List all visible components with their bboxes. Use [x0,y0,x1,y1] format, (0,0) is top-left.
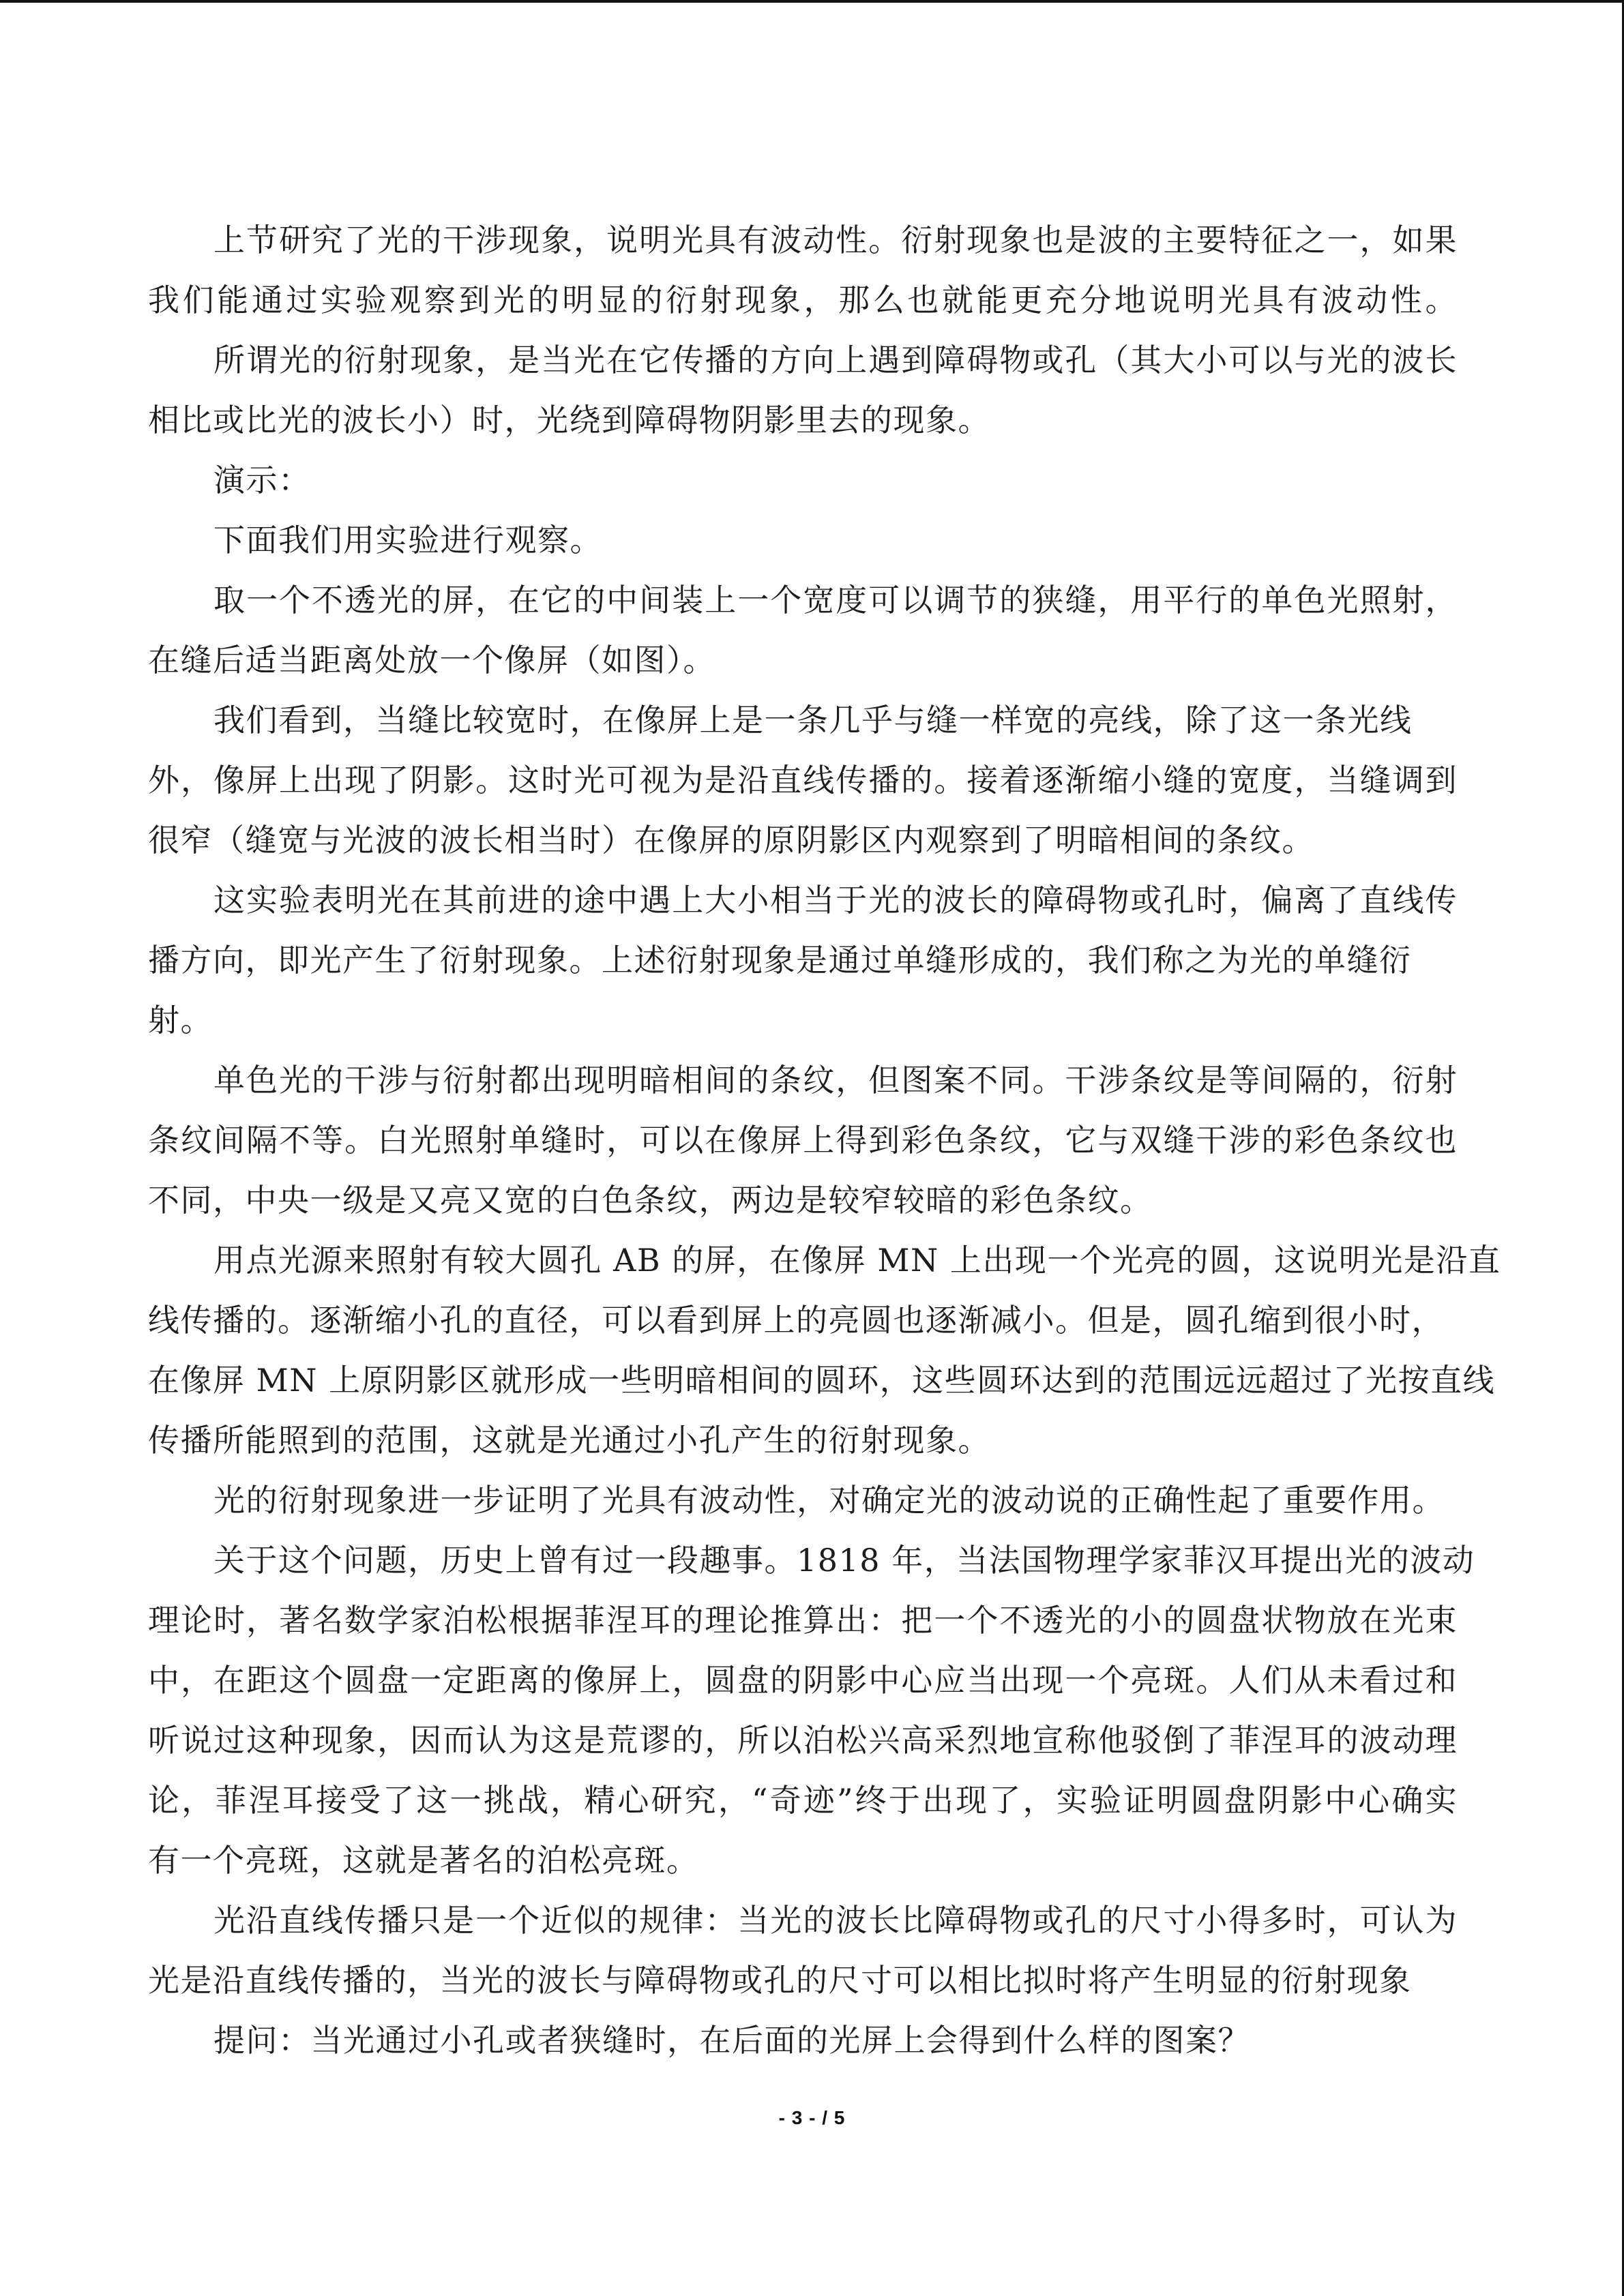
document-body: 上节研究了光的干涉现象，说明光具有波动性。衍射现象也是波的主要特征之一，如果 我… [148,210,1458,2070]
question-line: 提问：当光通过小孔或者狭缝时，在后面的光屏上会得到什么样的图案？ [148,2010,1458,2070]
text-line: 我们看到，当缝比较宽时，在像屏上是一条几乎与缝一样宽的亮线，除了这一条光线 [148,690,1458,750]
text-line: 关于这个问题，历史上曾有过一段趣事。1818 年，当法国物理学家菲汉耳提出光的波… [148,1530,1458,1590]
text-line: 用点光源来照射有较大圆孔 AB 的屏，在像屏 MN 上出现一个光亮的圆，这说明光… [148,1230,1458,1290]
text-line: 外，像屏上出现了阴影。这时光可视为是沿直线传播的。接着逐渐缩小缝的宽度，当缝调到 [148,750,1458,810]
text-line: 射。 [148,990,1458,1050]
text-line: 取一个不透光的屏，在它的中间装上一个宽度可以调节的狭缝，用平行的单色光照射， [148,570,1458,630]
text-line: 单色光的干涉与衍射都出现明暗相间的条纹，但图案不同。干涉条纹是等间隔的，衍射 [148,1050,1458,1110]
text-line: 论，菲涅耳接受了这一挑战，精心研究，“奇迹”终于出现了，实验证明圆盘阴影中心确实 [148,1770,1458,1830]
text-line: 所谓光的衍射现象，是当光在它传播的方向上遇到障碍物或孔（其大小可以与光的波长 [148,330,1458,390]
text-line: 不同，中央一级是又亮又宽的白色条纹，两边是较窄较暗的彩色条纹。 [148,1170,1458,1230]
text-line: 很窄（缝宽与光波的波长相当时）在像屏的原阴影区内观察到了明暗相间的条纹。 [148,810,1458,870]
document-page: 上节研究了光的干涉现象，说明光具有波动性。衍射现象也是波的主要特征之一，如果 我… [0,0,1624,2296]
text-line: 我们能通过实验观察到光的明显的衍射现象，那么也就能更充分地说明光具有波动性。 [148,270,1458,330]
text-line: 相比或比光的波长小）时，光绕到障碍物阴影里去的现象。 [148,390,1458,450]
text-line: 理论时，著名数学家泊松根据菲涅耳的理论推算出：把一个不透光的小的圆盘状物放在光束 [148,1590,1458,1650]
text-line: 在像屏 MN 上原阴影区就形成一些明暗相间的圆环，这些圆环达到的范围远远超过了光… [148,1350,1458,1410]
text-line: 条纹间隔不等。白光照射单缝时，可以在像屏上得到彩色条纹，它与双缝干涉的彩色条纹也 [148,1110,1458,1170]
text-line: 听说过这种现象，因而认为这是荒谬的，所以泊松兴高采烈地宣称他驳倒了菲涅耳的波动理 [148,1710,1458,1770]
text-line: 播方向，即光产生了衍射现象。上述衍射现象是通过单缝形成的，我们称之为光的单缝衍 [148,930,1458,990]
text-line: 在缝后适当距离处放一个像屏（如图）。 [148,630,1458,690]
demo-label: 演示： [148,450,1458,510]
text-line: 下面我们用实验进行观察。 [148,510,1458,570]
page-number: - 3 - / 5 [0,2107,1624,2129]
text-line: 光的衍射现象进一步证明了光具有波动性，对确定光的波动说的正确性起了重要作用。 [148,1470,1458,1530]
text-line: 有一个亮斑，这就是著名的泊松亮斑。 [148,1830,1458,1890]
text-line: 线传播的。逐渐缩小孔的直径，可以看到屏上的亮圆也逐渐减小。但是，圆孔缩到很小时， [148,1290,1458,1350]
text-line: 光沿直线传播只是一个近似的规律：当光的波长比障碍物或孔的尺寸小得多时，可认为 [148,1890,1458,1950]
text-line: 传播所能照到的范围，这就是光通过小孔产生的衍射现象。 [148,1410,1458,1470]
text-line: 中，在距这个圆盘一定距离的像屏上，圆盘的阴影中心应当出现一个亮斑。人们从未看过和 [148,1650,1458,1710]
text-line: 光是沿直线传播的，当光的波长与障碍物或孔的尺寸可以相比拟时将产生明显的衍射现象 [148,1950,1458,2010]
text-line: 这实验表明光在其前进的途中遇上大小相当于光的波长的障碍物或孔时，偏离了直线传 [148,870,1458,930]
text-line: 上节研究了光的干涉现象，说明光具有波动性。衍射现象也是波的主要特征之一，如果 [148,210,1458,270]
